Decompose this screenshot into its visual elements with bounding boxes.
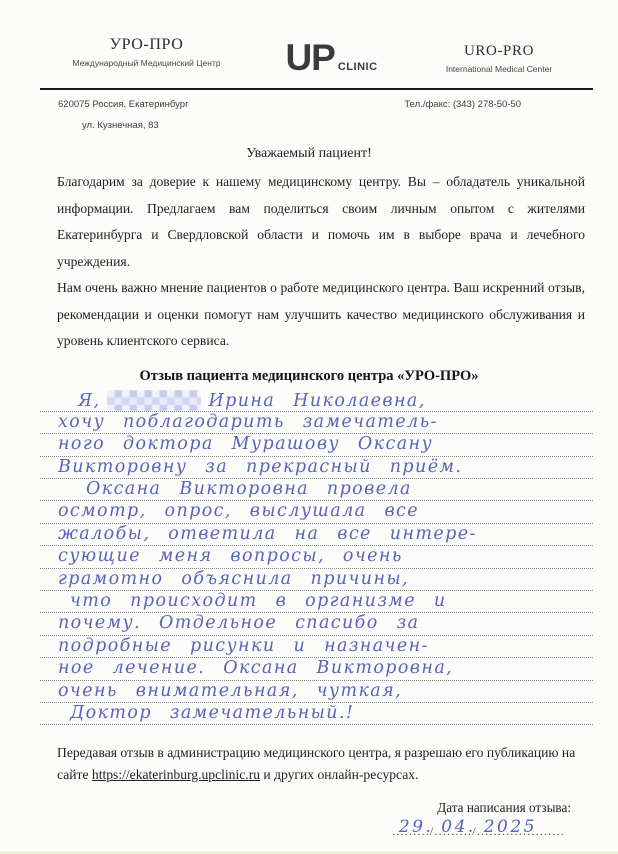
up-clinic-logo: UPCLINIC — [249, 37, 414, 79]
handwritten-text: хочу поблагодарить замечатель- — [58, 412, 438, 432]
handwritten-text: ное лечение. Оксана Викторовна, — [58, 658, 453, 678]
handwritten-text: осмотр, опрос, выслушала все — [58, 501, 419, 521]
letterhead-divider — [40, 88, 593, 90]
handwritten-review: Я,Ирина Николаевна, хочу поблагодарить з… — [40, 390, 593, 726]
handwritten-line: ное лечение. Оксана Викторовна, — [40, 658, 593, 680]
date-label: Дата написания отзыва: — [0, 800, 571, 816]
handwritten-text: жалобы, ответила на все интере- — [58, 524, 477, 544]
handwritten-line: сующие меня вопросы, очень — [40, 546, 593, 568]
redacted-surname — [107, 390, 201, 411]
handwritten-text: очень внимательная, чуткая, — [58, 681, 402, 701]
handwritten-line: Я,Ирина Николаевна, — [40, 390, 593, 412]
handwritten-text: Оксана Викторовна провела — [86, 479, 412, 499]
clinic-subtitle-en: International Medical Center — [414, 64, 584, 74]
handwritten-text: что происходит в организме и — [70, 591, 447, 611]
handwritten-text: Викторовну за прекрасный приём. — [58, 457, 462, 477]
handwritten-line: очень внимательная, чуткая, — [40, 681, 593, 703]
address-line1: 620075 Россия, Екатеринбург — [58, 99, 189, 110]
handwritten-line: почему. Отдельное спасибо за — [40, 613, 593, 635]
letterhead-left: УРО-ПРО Международный Медицинский Центр — [44, 36, 249, 68]
handwritten-text: Доктор замечательный.! — [70, 703, 354, 723]
handwritten-text: грамотно объяснила причины, — [58, 569, 409, 589]
logo-clinic-text: CLINIC — [338, 61, 378, 73]
letterhead: УРО-ПРО Международный Медицинский Центр … — [44, 36, 584, 79]
logo-up-text: UP — [285, 37, 334, 78]
handwritten-line: жалобы, ответила на все интере- — [40, 524, 593, 546]
handwritten-line: подробные рисунки и назначен- — [40, 636, 593, 658]
handwritten-line: ного доктора Мурашову Оксану — [40, 434, 593, 456]
address-line2: ул. Кузнечная, 83 — [82, 120, 618, 131]
handwritten-text: Ирина Николаевна, — [209, 391, 426, 411]
salutation: Уважаемый пациент! — [0, 146, 618, 162]
intro-paragraph-2: Нам очень важно мнение пациентов о работ… — [57, 275, 585, 355]
address-row: 620075 Россия, Екатеринбург Тел./факс: (… — [58, 99, 521, 110]
date-block: Дата написания отзыва: 29. 04. 2025 ....… — [0, 800, 571, 839]
handwritten-line: хочу поблагодарить замечатель- — [40, 412, 593, 434]
handwritten-line: Викторовну за прекрасный приём. — [40, 457, 593, 479]
clinic-name-ru: УРО-ПРО — [44, 36, 249, 54]
handwritten-line: Доктор замечательный.! — [40, 703, 593, 725]
phone-fax: Тел./факс: (343) 278-50-50 — [404, 99, 521, 110]
scanned-review-document: УРО-ПРО Международный Медицинский Центр … — [0, 0, 618, 854]
handwritten-line: осмотр, опрос, выслушала все — [40, 501, 593, 523]
handwritten-text: ного доктора Мурашову Оксану — [58, 434, 433, 454]
handwritten-text: подробные рисунки и назначен- — [58, 636, 429, 656]
review-heading: Отзыв пациента медицинского центра «УРО-… — [0, 368, 618, 385]
handwritten-text: сующие меня вопросы, очень — [58, 546, 403, 566]
handwritten-text: Я, — [78, 391, 101, 411]
clinic-subtitle-ru: Международный Медицинский Центр — [44, 58, 249, 68]
consent-paragraph: Передавая отзыв в администрацию медицинс… — [57, 742, 578, 785]
handwritten-line: что происходит в организме и — [40, 591, 593, 613]
clinic-url[interactable]: https://ekaterinburg.upclinic.ru — [92, 767, 260, 782]
handwritten-date: 29. 04. 2025 — [0, 817, 537, 837]
consent-text-after: и других онлайн-ресурсах. — [260, 767, 418, 782]
intro-paragraph-1: Благодарим за доверие к нашему медицинск… — [57, 169, 585, 275]
handwritten-line: грамотно объяснила причины, — [40, 569, 593, 591]
handwritten-line: Оксана Викторовна провела — [40, 479, 593, 501]
letterhead-right: URO-PRO International Medical Center — [414, 36, 584, 74]
handwritten-text: почему. Отдельное спасибо за — [58, 613, 419, 633]
clinic-name-en: URO-PRO — [414, 43, 584, 60]
